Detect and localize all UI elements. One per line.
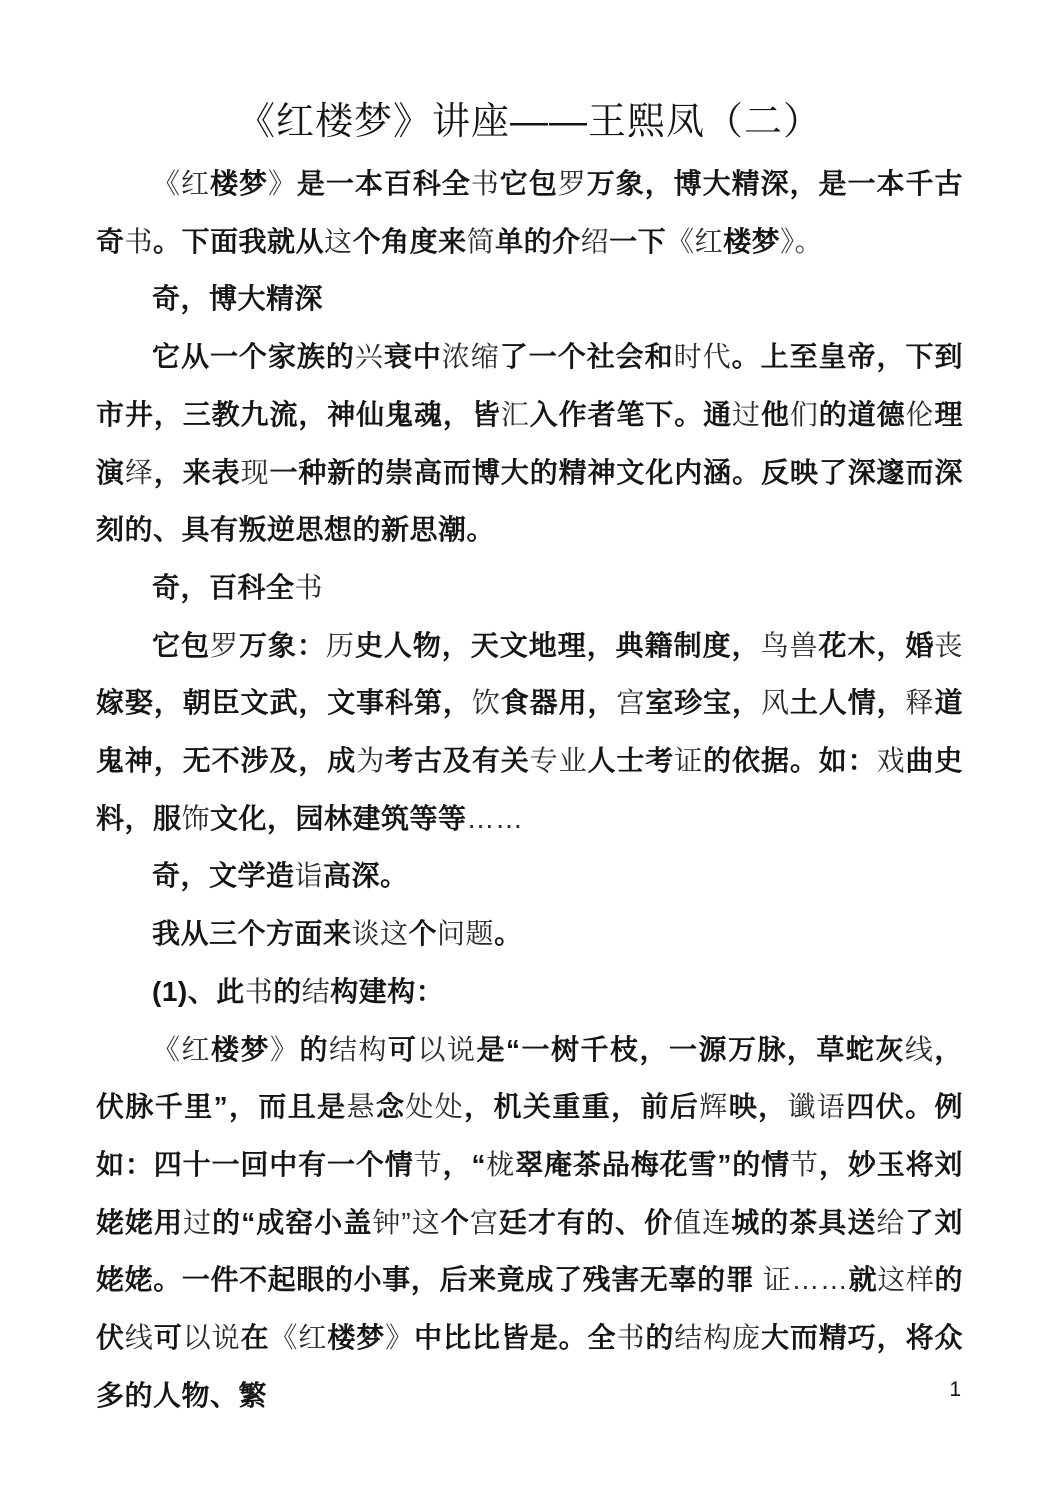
text-run: 可	[154, 1322, 183, 1353]
text-run: 在	[241, 1322, 270, 1353]
text-run: 奇，文学造	[152, 860, 295, 891]
paragraph: 《红楼梦》是一本百科全书它包罗万象，博大精深，是一本千古奇书。下面我就从这个角度…	[96, 155, 963, 270]
text-run: 《红	[152, 1034, 211, 1065]
text-run: 书	[471, 168, 500, 199]
text-run: 罗	[210, 630, 239, 661]
text-run: 单的介	[495, 226, 581, 257]
text-run: 罗	[558, 168, 587, 199]
text-run: 一下	[609, 226, 666, 257]
text-run: 线	[125, 1322, 154, 1353]
text-run: 绍	[581, 226, 610, 257]
text-run: 入作者笔下。通	[530, 399, 732, 430]
text-run: 奇，百科全	[152, 572, 295, 603]
text-run: 辉	[699, 1091, 728, 1122]
page-number: 1	[949, 1378, 961, 1402]
text-run: 》	[268, 168, 297, 199]
text-run: ：	[416, 976, 445, 1007]
heading: (1)、此书的结构建构：	[96, 963, 963, 1021]
text-run: 这样	[877, 1264, 934, 1295]
text-run: 节	[790, 1149, 819, 1180]
text-run: 钟”这	[372, 1207, 440, 1238]
paragraph: 它包罗万象：历史人物，天文地理，典籍制度，鸟兽花木，婚丧嫁娶，朝臣文武，文事科第…	[96, 617, 963, 848]
text-run: 处处	[405, 1091, 464, 1122]
text-run: 念	[376, 1091, 405, 1122]
text-run: 绎	[125, 457, 154, 488]
text-run: 们	[790, 399, 819, 430]
text-run: 书	[616, 1322, 645, 1353]
text-run: 悬	[347, 1091, 376, 1122]
text-run: 就	[848, 1264, 877, 1295]
text-run: 嫁娶，朝臣文武，文事科第，	[96, 687, 472, 718]
text-run: 它从一个家族的	[152, 341, 355, 372]
text-run: 丧	[934, 630, 963, 661]
text-run: 翠庵茶品梅花雪”的情	[515, 1149, 790, 1180]
text-run: 宫	[470, 1207, 499, 1238]
text-run: 史人物，天文地理，典籍制度，	[355, 630, 761, 661]
text-run: 时代	[674, 341, 732, 372]
text-run: 》	[270, 1034, 300, 1065]
text-run: 简	[467, 226, 496, 257]
text-run: 戏	[877, 745, 906, 776]
text-run: 楼梦	[327, 1322, 385, 1353]
heading: 奇，百科全书	[96, 559, 963, 617]
text-run: 结构	[329, 1034, 388, 1065]
text-run: 映，	[729, 1091, 788, 1122]
text-run: 室珍宝，	[645, 687, 761, 718]
text-run: 宫	[616, 687, 645, 718]
text-run: 个	[441, 1207, 470, 1238]
text-run: 饰	[182, 803, 211, 834]
text-run: 高深。	[323, 860, 409, 891]
text-run: 可	[388, 1034, 418, 1065]
text-run: ，来表	[154, 457, 241, 488]
text-run: 万象：	[239, 630, 326, 661]
text-run: 结构庞	[674, 1322, 761, 1353]
document-body: 《红楼梦》是一本百科全书它包罗万象，博大精深，是一本千古奇书。下面我就从这个角度…	[96, 155, 963, 1424]
text-run: 花木，婚	[819, 630, 935, 661]
document-page: 《红楼梦》讲座——王熙凤（二） 《红楼梦》是一本百科全书它包罗万象，博大精深，是…	[0, 0, 1059, 1424]
paragraph: 《红楼梦》的结构可以说是“一树千枝，一源万脉，草蛇灰线，伏脉千里”，而且是悬念处…	[96, 1021, 963, 1425]
text-run: 线	[905, 1034, 935, 1065]
text-run: 兴	[355, 341, 384, 372]
text-run: 楼梦	[211, 1034, 270, 1065]
text-run: ，机关重重，前后	[464, 1091, 699, 1122]
text-run: 鸟兽	[761, 630, 819, 661]
text-run: 给	[876, 1207, 905, 1238]
heading: 奇，文学造诣高深。	[96, 847, 963, 905]
text-run: 的依据。如：	[703, 745, 876, 776]
text-run: 楼梦	[210, 168, 268, 199]
text-run: 人士考	[587, 745, 674, 776]
text-run: 楼梦	[723, 226, 780, 257]
heading: 奇，博大精深	[96, 270, 963, 328]
paragraph: 我从三个方面来谈这个问题。	[96, 905, 963, 963]
text-run: 这	[324, 226, 353, 257]
text-run: 书	[295, 572, 324, 603]
text-run: 诣	[295, 860, 324, 891]
text-run: 饮	[472, 687, 501, 718]
text-run: 《红	[666, 226, 723, 257]
text-run: 值连	[673, 1207, 731, 1238]
text-run: 《红	[270, 1322, 328, 1353]
text-run: 》。	[780, 226, 823, 257]
text-run: 他	[761, 399, 790, 430]
text-run: 谈这	[352, 918, 409, 949]
text-run: 廷才有的、价	[499, 1207, 673, 1238]
text-run: 》	[385, 1322, 414, 1353]
text-run: 证	[674, 745, 703, 776]
text-run: 以说	[183, 1322, 241, 1353]
text-run: 我从三个方面来	[152, 918, 352, 949]
text-run: 为	[356, 745, 385, 776]
text-run: ……	[467, 803, 524, 834]
text-run: 伦	[906, 399, 935, 430]
text-run: 汇	[501, 399, 530, 430]
text-run: 是“一树千枝，一源万脉，草蛇灰	[477, 1034, 905, 1065]
text-run: 问题	[437, 918, 494, 949]
text-run: 结	[302, 976, 331, 1007]
text-run: 中比比皆是。全	[414, 1322, 616, 1353]
paragraph: 它从一个家族的兴衰中浓缩了一个社会和时代。上至皇帝，下到市井，三教九流，神仙鬼魂…	[96, 328, 963, 559]
text-run: 的	[300, 1034, 330, 1065]
text-run: 现	[241, 457, 270, 488]
text-run: 浓缩	[442, 341, 500, 372]
text-run: 城的茶具送	[731, 1207, 876, 1238]
text-run: ，“	[443, 1149, 486, 1180]
text-run: 考古及有关	[385, 745, 530, 776]
text-run: 历	[326, 630, 355, 661]
text-run: 过	[183, 1207, 212, 1238]
text-run: 奇，博大精深	[152, 283, 323, 314]
text-run: 。	[494, 918, 523, 949]
text-run: 谶语	[787, 1091, 846, 1122]
text-run: 个	[409, 918, 438, 949]
text-run: 节	[414, 1149, 443, 1180]
text-run: 的道德	[819, 399, 906, 430]
text-run: 。下面我就从	[153, 226, 324, 257]
text-run: 书	[245, 976, 274, 1007]
text-run: 是一本百科全	[297, 168, 471, 199]
text-run: 了一个社会和	[500, 341, 674, 372]
text-run: 专业	[530, 745, 588, 776]
text-run: 个角度来	[353, 226, 467, 257]
text-run: 它包	[500, 168, 558, 199]
text-run: 以说	[418, 1034, 477, 1065]
text-run: 栊	[486, 1149, 515, 1180]
text-run: 《红	[152, 168, 210, 199]
text-run: 食器用，	[501, 687, 617, 718]
text-run: (1)、此	[152, 976, 245, 1007]
text-run: 它包	[152, 630, 210, 661]
text-run: 构建构	[330, 976, 416, 1007]
text-run: 释	[906, 687, 935, 718]
text-run: 的“成窑小盖	[212, 1207, 372, 1238]
text-run: 证……	[763, 1264, 849, 1295]
text-run: 的	[273, 976, 302, 1007]
text-run: 风	[761, 687, 790, 718]
text-run: 衰中	[384, 341, 442, 372]
document-title: 《红楼梦》讲座——王熙凤（二）	[96, 89, 963, 155]
text-run: 的	[645, 1322, 674, 1353]
text-run: 书	[125, 226, 154, 257]
text-run: 过	[732, 399, 761, 430]
text-run: 土人情，	[790, 687, 906, 718]
text-run: 文化，园林建筑等等	[210, 803, 467, 834]
